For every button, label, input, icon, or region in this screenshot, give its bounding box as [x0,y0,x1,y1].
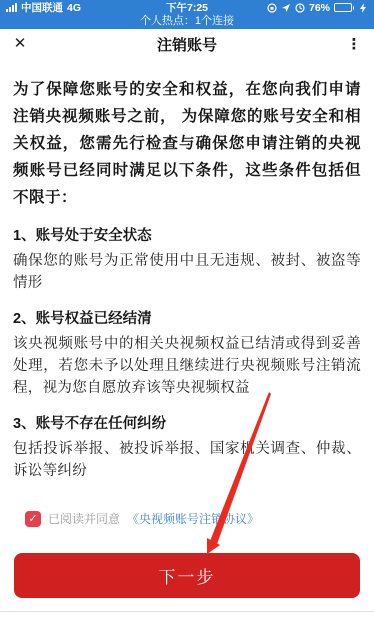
condition-2-description: 该央视频账号中的相关央视频权益已结清或得到妥善处理，若您未予以处理且继续进行央视… [13,333,361,399]
condition-section-3: 3、账号不存在任何纠纷 包括投诉举报、被投诉举报、国家机关调查、仲裁、诉讼等纠纷 [13,414,361,482]
terms-content: 为了保障您账号的安全和权益，在您向我们申请注销央视频账号之前， 为保障您的账号安… [13,76,361,482]
nav-header: ✕ 注销账号 ⋮ [0,29,374,59]
agreement-row: ✓ 已阅读并同意《央视频账号注销协议》 [25,510,259,527]
network-type-label: 4G [67,2,81,14]
agreement-prefix-label: 已阅读并同意 [48,510,120,527]
location-services-icon [281,3,291,13]
battery-percent-label: 76% [309,2,330,14]
hotspot-banner[interactable]: 个人热点：1个连接 [0,15,374,29]
agreement-link[interactable]: 《央视频账号注销协议》 [127,510,259,527]
condition-1-heading: 1、账号处于安全状态 [13,226,361,246]
close-icon[interactable]: ✕ [0,29,40,59]
charging-bolt-icon [358,3,368,13]
intro-paragraph: 为了保障您账号的安全和权益，在您向我们申请注销央视频账号之前， 为保障您的账号安… [13,76,361,211]
bottom-divider [0,611,374,612]
condition-1-description: 确保您的账号为正常使用中且无违规、被封、被盗等情形 [13,250,361,294]
status-bar: 中国联通 4G 下午7:25 76% [0,0,374,29]
condition-section-2: 2、账号权益已经结清 该央视频账号中的相关央视频权益已结清或得到妥善处理，若您未… [13,309,361,399]
carrier-label: 中国联通 [21,0,63,15]
battery-icon [334,3,354,12]
more-options-icon[interactable]: ⋮ [334,35,374,53]
orientation-lock-icon [267,3,277,13]
condition-2-heading: 2、账号权益已经结清 [13,309,361,329]
alarm-clock-icon [295,3,305,13]
next-step-button[interactable]: 下一步 [14,553,360,598]
agreement-checkbox[interactable]: ✓ [25,511,41,527]
signal-strength-icon [6,3,17,12]
page-title: 注销账号 [40,34,334,55]
condition-3-description: 包括投诉举报、被投诉举报、国家机关调查、仲裁、诉讼等纠纷 [13,438,361,482]
clock-label: 下午7:25 [166,0,208,15]
account-deletion-screen: 中国联通 4G 下午7:25 76% [0,0,374,620]
condition-3-heading: 3、账号不存在任何纠纷 [13,414,361,434]
condition-section-1: 1、账号处于安全状态 确保您的账号为正常使用中且无违规、被封、被盗等情形 [13,226,361,294]
